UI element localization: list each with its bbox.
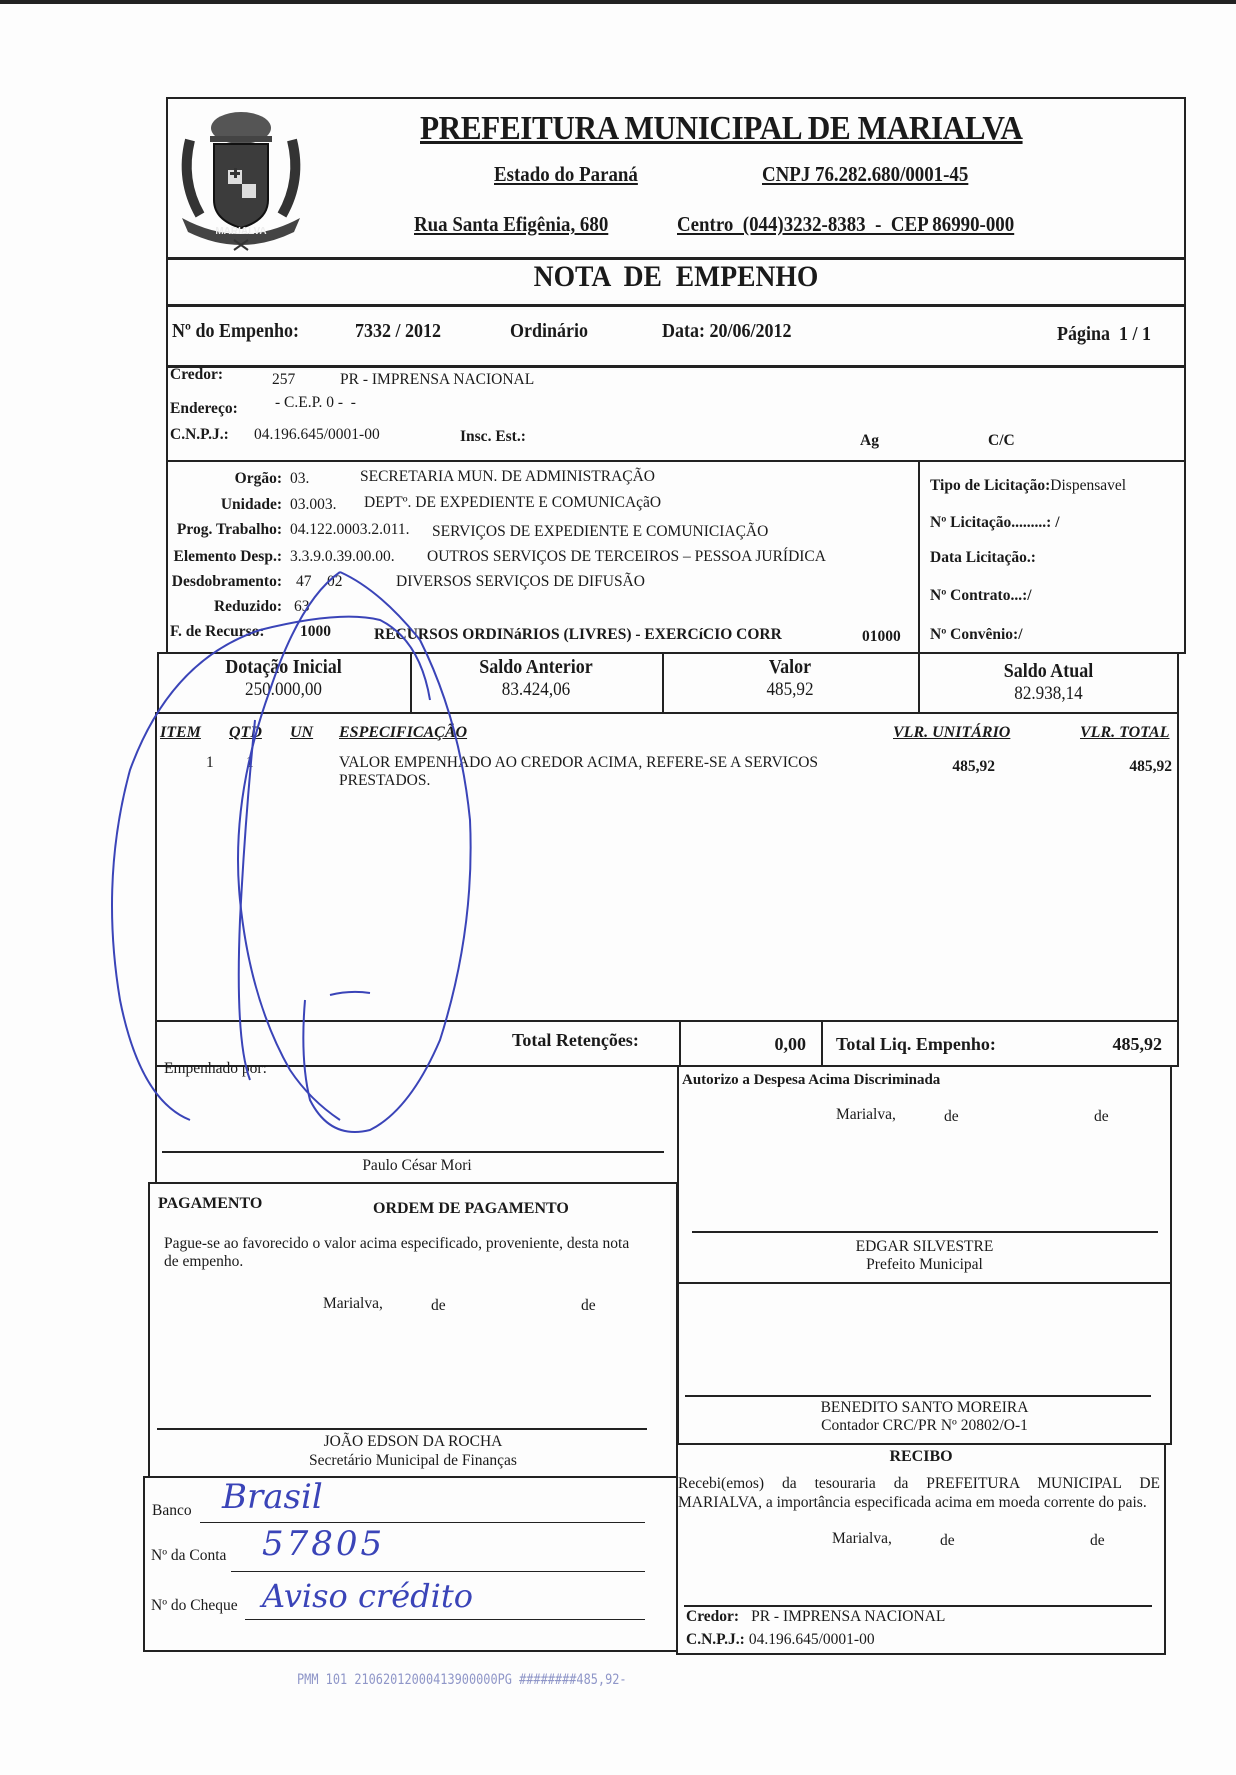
total-retencoes-value: 0,00	[740, 1034, 806, 1055]
total-liq-label: Total Liq. Empenho:	[836, 1034, 996, 1055]
autorizo-title: Autorizo a Despesa Acima Discriminada	[682, 1072, 940, 1089]
dotacao-label-unidade: Unidade:	[166, 496, 282, 514]
dotacao-code-programa: 04.122.0003.2.011.	[290, 521, 410, 539]
total-retencoes-label: Total Retenções:	[512, 1030, 639, 1051]
ag-label: Ag	[860, 432, 879, 450]
recibo-de: de	[940, 1532, 955, 1550]
contador-name: BENEDITO SANTO MOREIRA	[677, 1399, 1172, 1417]
dotacao-desc-orgao: SECRETARIA MUN. DE ADMINISTRAÇÃO	[360, 468, 655, 486]
signature-line	[157, 1428, 647, 1430]
recibo-cnpj-label: C.N.P.J.:	[686, 1631, 745, 1648]
contador-role: Contador CRC/PR Nº 20802/O-1	[677, 1417, 1172, 1435]
empenhado-name: Paulo César Mori	[155, 1157, 679, 1175]
dotacao-desc-recurso: RECURSOS ORDINáRIOS (LIVRES) - EXERCíCIO…	[374, 626, 782, 644]
header-state: Estado do Paraná	[494, 162, 638, 187]
dotacao-label-orgao: Orgão:	[166, 470, 282, 488]
cell-unit: 485,92	[920, 758, 995, 776]
recibo-credor-value: PR - IMPRENSA NACIONAL	[751, 1608, 945, 1625]
col-header-un: UN	[290, 724, 313, 742]
saldo-value: 82.938,14	[931, 683, 1166, 705]
page-indicator: Página 1 / 1	[1057, 323, 1151, 346]
conta-value[interactable]: 57805	[262, 1524, 385, 1564]
pagamento-text: Pague-se ao favorecido o valor acima esp…	[164, 1235, 644, 1271]
scan-top-edge	[0, 0, 1236, 4]
cell-spec: VALOR EMPENHADO AO CREDOR ACIMA, REFERE-…	[339, 754, 879, 790]
autorizo-de: de	[1094, 1108, 1109, 1126]
document-title: NOTA DE EMPENHO	[207, 260, 1145, 294]
insc-est-label: Insc. Est.:	[460, 428, 526, 446]
dotacao-label-programa: Prog. Trabalho:	[166, 521, 282, 539]
pagamento-city: Marialva,	[323, 1295, 383, 1313]
cheque-field-line	[245, 1619, 645, 1620]
header-cnpj: CNPJ 76.282.680/0001-45	[762, 162, 968, 187]
saldo-value: 485,92	[675, 679, 905, 701]
credor-box	[166, 366, 1186, 462]
dotacao-desc-desdobramento: DIVERSOS SERVIÇOS DE DIFUSÃO	[396, 573, 645, 591]
col-header-spec: ESPECIFICAÇÃO	[339, 724, 467, 742]
total-liq-value: 485,92	[1090, 1034, 1162, 1055]
data-licitacao: Data Licitação.:	[930, 549, 1036, 567]
prefeito-role: Prefeito Municipal	[677, 1256, 1172, 1274]
dotacao-desc-unidade: DEPTº. DE EXPEDIENTE E COMUNICAçãO	[364, 494, 661, 512]
recibo-cnpj: C.N.P.J.: 04.196.645/0001-00	[686, 1631, 875, 1649]
col-header-item: ITEM	[160, 724, 201, 742]
dotacao-code-orgao: 03.	[290, 470, 309, 488]
saldo-title: Valor	[675, 656, 905, 679]
saldo-anterior: Saldo Anterior 83.424,06	[410, 656, 662, 701]
col-header-total: VLR. TOTAL	[1080, 724, 1170, 742]
prefeito-name: EDGAR SILVESTRE	[677, 1238, 1172, 1256]
saldo-title: Saldo Atual	[931, 660, 1166, 683]
pagamento-signer: JOÃO EDSON DA ROCHA Secretário Municipal…	[148, 1432, 678, 1470]
endereco-label: Endereço:	[170, 400, 238, 418]
numero-licitacao: Nº Licitação.........: /	[930, 514, 1060, 532]
pagamento-de: de	[431, 1297, 446, 1315]
cheque-label: Nº do Cheque	[151, 1597, 238, 1615]
cell-item: 1	[206, 754, 214, 772]
autorizo-de: de	[944, 1108, 959, 1126]
dotacao-desc-programa: SERVIÇOS DE EXPEDIENTE E COMUNICIAÇÃO	[432, 523, 768, 541]
saldo-title: Dotação Inicial	[170, 656, 398, 679]
totals-row	[155, 1020, 1179, 1067]
cnpj-value: 04.196.645/0001-00	[254, 426, 380, 444]
svg-text:MARIALVA: MARIALVA	[215, 226, 266, 237]
empenho-date: Data: 20/06/2012	[662, 320, 792, 343]
dotacao-label-elemento: Elemento Desp.:	[166, 548, 282, 566]
saldo-value: 83.424,06	[423, 679, 650, 701]
autorizo-city: Marialva,	[836, 1106, 896, 1124]
totals-divider	[679, 1022, 681, 1065]
cc-label: C/C	[988, 432, 1015, 450]
banco-field-line	[200, 1522, 645, 1523]
recibo-credor: Credor: PR - IMPRENSA NACIONAL	[686, 1608, 945, 1626]
numero-convenio: Nº Convênio:/	[930, 626, 1023, 644]
dotacao-code-recurso: 1000	[300, 623, 331, 641]
recibo-de: de	[1090, 1532, 1105, 1550]
header-contact: Centro (044)3232-8383 - CEP 86990-000	[677, 212, 1014, 237]
dotacao-label-recurso: F. de Recurso:	[170, 623, 265, 641]
recibo-title: RECIBO	[676, 1448, 1166, 1466]
cheque-value[interactable]: Aviso crédito	[262, 1577, 473, 1615]
tipo-licitacao-label: Tipo de Licitação:Dispensavel	[930, 477, 1126, 495]
dotacao-label-reduzido: Reduzido:	[166, 598, 282, 616]
signature-line	[162, 1151, 664, 1153]
dotacao-code-desdobramento: 47 02	[296, 573, 343, 591]
totals-divider	[821, 1022, 823, 1065]
recibo-text: Recebi(emos) da tesouraria da PREFEITURA…	[678, 1474, 1160, 1512]
cell-qtd: 1	[246, 754, 254, 772]
header-title: PREFEITURA MUNICIPAL DE MARIALVA	[420, 110, 1023, 148]
conta-label: Nº da Conta	[151, 1547, 226, 1565]
col-header-qtd: QTD	[229, 724, 262, 742]
coat-of-arms-icon: MARIALVA	[170, 100, 312, 252]
banco-label: Banco	[152, 1502, 192, 1520]
recibo-city: Marialva,	[832, 1530, 892, 1548]
cell-total: 485,92	[1090, 758, 1172, 776]
cnpj-label: C.N.P.J.:	[170, 426, 229, 444]
empenho-label: Nº do Empenho:	[172, 320, 299, 343]
dotacao-code-reduzido: 63	[294, 598, 310, 616]
pagamento-signer-name: JOÃO EDSON DA ROCHA	[148, 1432, 678, 1451]
pagamento-signer-role: Secretário Municipal de Finanças	[148, 1451, 678, 1470]
dotacao-desc-elemento: OUTROS SERVIÇOS DE TERCEIROS – PESSOA JU…	[427, 548, 826, 566]
recibo-cnpj-value: 04.196.645/0001-00	[749, 1631, 875, 1648]
pagamento-de: de	[581, 1297, 596, 1315]
empenhado-label: Empenhado por:	[164, 1060, 267, 1078]
credor-name: PR - IMPRENSA NACIONAL	[340, 371, 534, 389]
empenho-type: Ordinário	[510, 320, 588, 343]
conta-field-line	[231, 1571, 645, 1572]
saldo-value: 250.000,00	[170, 679, 398, 701]
col-header-unit: VLR. UNITÁRIO	[893, 724, 1010, 742]
tipo-licitacao-label-text: Tipo de Licitação:	[930, 477, 1050, 494]
dotacao-divider	[918, 462, 920, 652]
pagamento-title: ORDEM DE PAGAMENTO	[373, 1200, 569, 1218]
signature-line	[692, 1231, 1158, 1233]
tipo-licitacao-value: Dispensavel	[1050, 477, 1126, 494]
dotacao-extra-recurso: 01000	[862, 628, 901, 646]
saldo-dotacao-inicial: Dotação Inicial 250.000,00	[157, 656, 410, 701]
credor-label: Credor:	[170, 366, 223, 384]
header-street: Rua Santa Efigênia, 680	[414, 212, 608, 237]
signature-line	[684, 1605, 1152, 1607]
recibo-credor-label: Credor:	[686, 1608, 739, 1625]
numero-contrato: Nº Contrato...:/	[930, 587, 1032, 605]
dotacao-code-elemento: 3.3.9.0.39.00.00.	[290, 548, 395, 566]
dotacao-code-unidade: 03.003.	[290, 496, 337, 514]
pagamento-label: PAGAMENTO	[158, 1195, 262, 1213]
endereco-value: - C.E.P. 0 - -	[275, 394, 356, 412]
saldo-title: Saldo Anterior	[423, 656, 650, 679]
saldo-valor: Valor 485,92	[662, 656, 918, 701]
saldo-atual: Saldo Atual 82.938,14	[918, 660, 1179, 705]
banco-value[interactable]: Brasil	[222, 1477, 323, 1517]
contador-signer: BENEDITO SANTO MOREIRA Contador CRC/PR N…	[677, 1399, 1172, 1435]
dotacao-label-desdobramento: Desdobramento:	[163, 573, 282, 591]
prefeito-signer: EDGAR SILVESTRE Prefeito Municipal	[677, 1238, 1172, 1274]
signature-line	[685, 1395, 1151, 1397]
empenho-number: 7332 / 2012	[355, 320, 441, 343]
credor-code: 257	[272, 371, 295, 389]
footer-auth-code: PMM 101 21062012000413900000PG ########4…	[297, 1672, 627, 1688]
